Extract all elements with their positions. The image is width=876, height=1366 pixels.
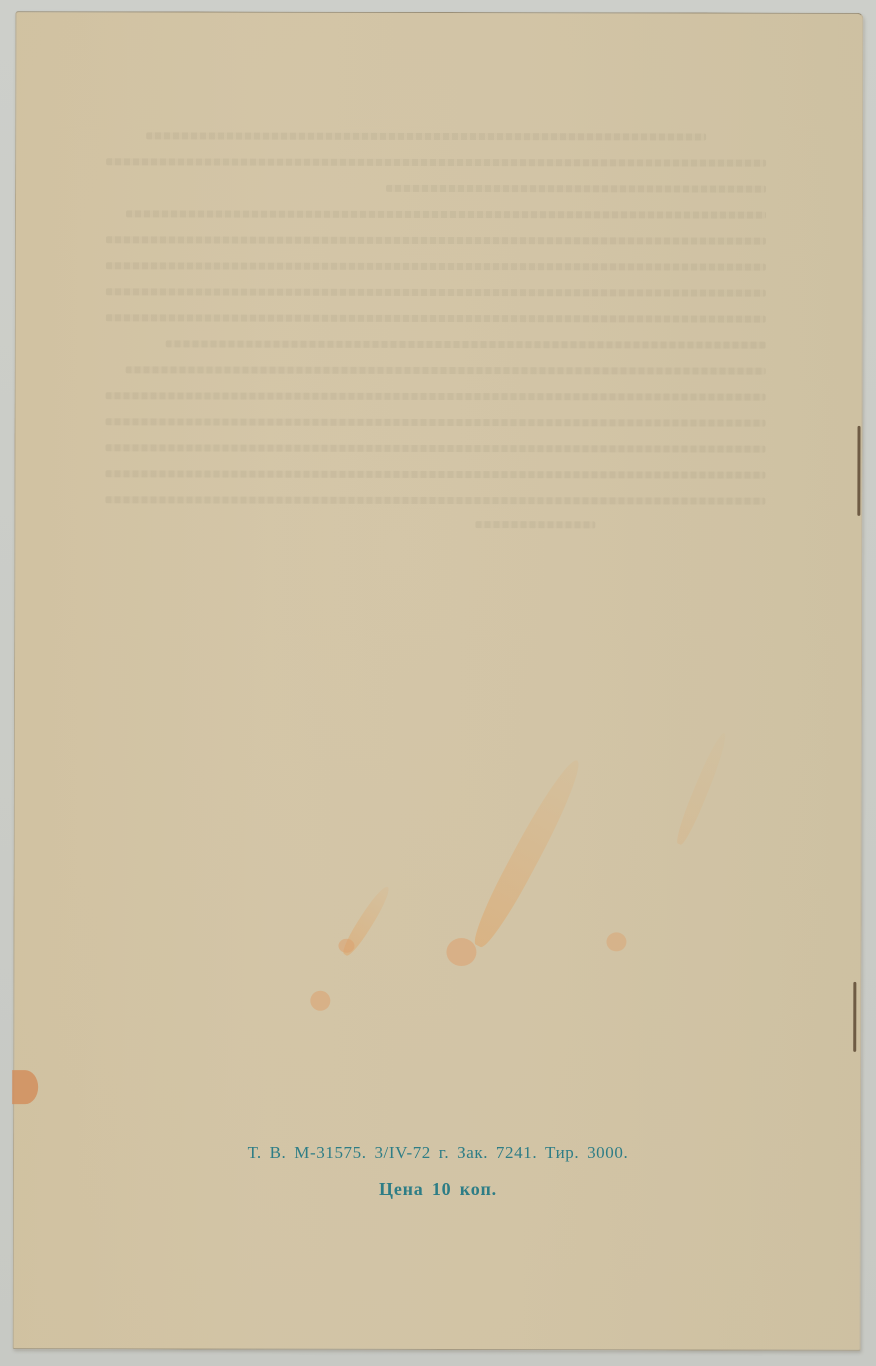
water-stains <box>16 12 862 14</box>
staple-mark-lower <box>853 982 856 1052</box>
price-label: Цена 10 коп. <box>0 1179 876 1200</box>
show-through-text <box>105 122 766 543</box>
scan-background: Т. В. М-31575. 3/IV-72 г. Зак. 7241. Тир… <box>0 0 876 1366</box>
staple-mark-upper <box>857 426 860 516</box>
print-imprint: Т. В. М-31575. 3/IV-72 г. Зак. 7241. Тир… <box>0 1143 876 1163</box>
